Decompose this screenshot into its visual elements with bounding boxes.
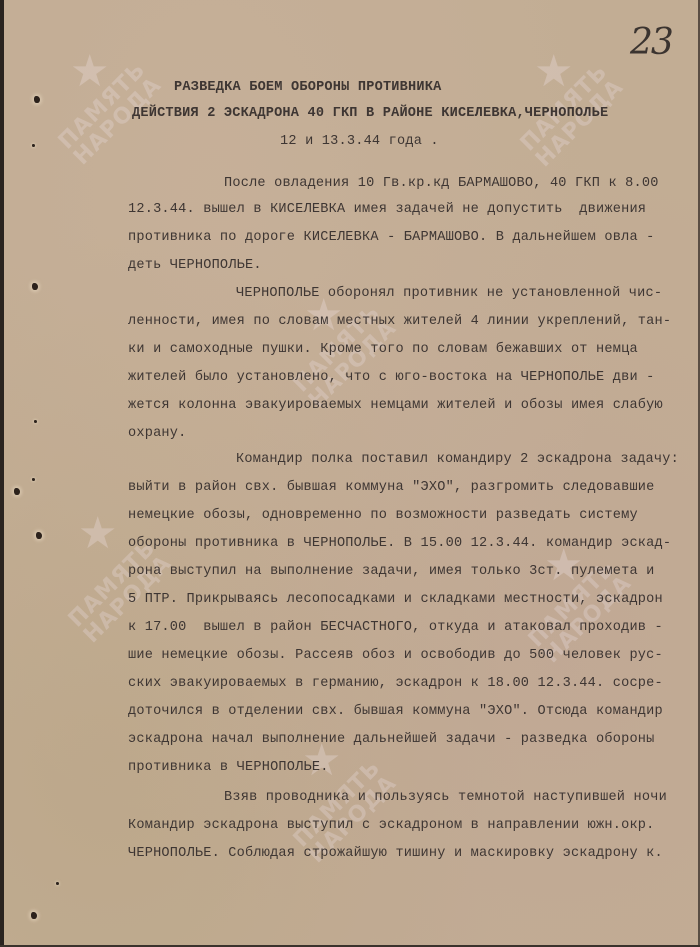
body-line: доточился в отделении свх. бывшая коммун… xyxy=(128,704,663,719)
punch-hole xyxy=(32,283,38,290)
punch-hole xyxy=(32,144,35,147)
body-line: охрану. xyxy=(128,426,187,441)
body-line: немецкие обозы, одновременно по возможно… xyxy=(128,508,638,523)
body-line: рона выступил на выполнение задачи, имея… xyxy=(128,564,655,579)
body-line: жется колонна эвакуироваемых немцами жит… xyxy=(128,398,663,413)
body-line: жителей было установлено, что с юго-вост… xyxy=(128,370,655,385)
body-line: обороны противника в ЧЕРНОПОЛЬЕ. В 15.00… xyxy=(128,536,671,551)
body-line: Командир полка поставил командиру 2 эска… xyxy=(236,452,679,467)
punch-hole xyxy=(32,478,35,481)
body-line: ЧЕРНОПОЛЬЕ. Соблюдая строжайшую тишину и… xyxy=(128,846,663,861)
watermark-star-icon: ★ xyxy=(78,508,117,559)
body-line: После овладения 10 Гв.кр.кд БАРМАШОВО, 4… xyxy=(224,176,659,191)
body-line: противника в ЧЕРНОПОЛЬЕ. xyxy=(128,760,329,775)
punch-hole xyxy=(36,532,42,539)
punch-hole xyxy=(31,912,37,919)
body-line: ских эвакуироваемых в германию, эскадрон… xyxy=(128,676,663,691)
punch-hole xyxy=(14,488,20,495)
body-line: выйти в район свх. бывшая коммуна "ЭХО",… xyxy=(128,480,655,495)
body-line: 12.3.44. вышел в КИСЕЛЕВКА имея задачей … xyxy=(128,202,646,217)
body-line: эскадрона начал выполнение дальнейшей за… xyxy=(128,732,655,747)
body-line: к 17.00 вышел в район БЕСЧАСТНОГО, откуд… xyxy=(128,620,663,635)
body-line: 5 ПТР. Прикрываясь лесопосадками и склад… xyxy=(128,592,663,607)
punch-hole xyxy=(34,96,40,103)
watermark-star-icon: ★ xyxy=(534,46,573,97)
document-title-line-2: ДЕЙСТВИЯ 2 ЭСКАДРОНА 40 ГКП В РАЙОНЕ КИС… xyxy=(132,106,608,121)
document-title-line-1: РАЗВЕДКА БОЕМ ОБОРОНЫ ПРОТИВНИКА xyxy=(174,80,441,95)
body-line: Командир эскадрона выступил с эскадроном… xyxy=(128,818,655,833)
punch-hole xyxy=(56,882,59,885)
body-line: деть ЧЕРНОПОЛЬЕ. xyxy=(128,258,262,273)
body-line: ки и самоходные пушки. Кроме того по сло… xyxy=(128,342,638,357)
body-line: шие немецкие обозы. Рассеяв обоз и освоб… xyxy=(128,648,663,663)
punch-hole xyxy=(34,420,37,423)
watermark-star-icon: ★ xyxy=(70,46,109,97)
body-line: ЧЕРНОПОЛЬЕ оборонял противник не установ… xyxy=(236,286,662,301)
document-page: ★ ПАМЯТЬНАРОДА ★ ПАМЯТЬНАРОДА ★ ПАМЯТЬНА… xyxy=(4,0,698,945)
document-title-date: 12 и 13.3.44 года . xyxy=(280,134,439,149)
body-line: Взяв проводника и пользуясь темнотой нас… xyxy=(224,790,667,805)
body-line: противника по дороге КИСЕЛЕВКА - БАРМАШО… xyxy=(128,230,655,245)
page-number: 23 xyxy=(630,22,672,63)
body-line: ленности, имея по словам местных жителей… xyxy=(128,314,671,329)
